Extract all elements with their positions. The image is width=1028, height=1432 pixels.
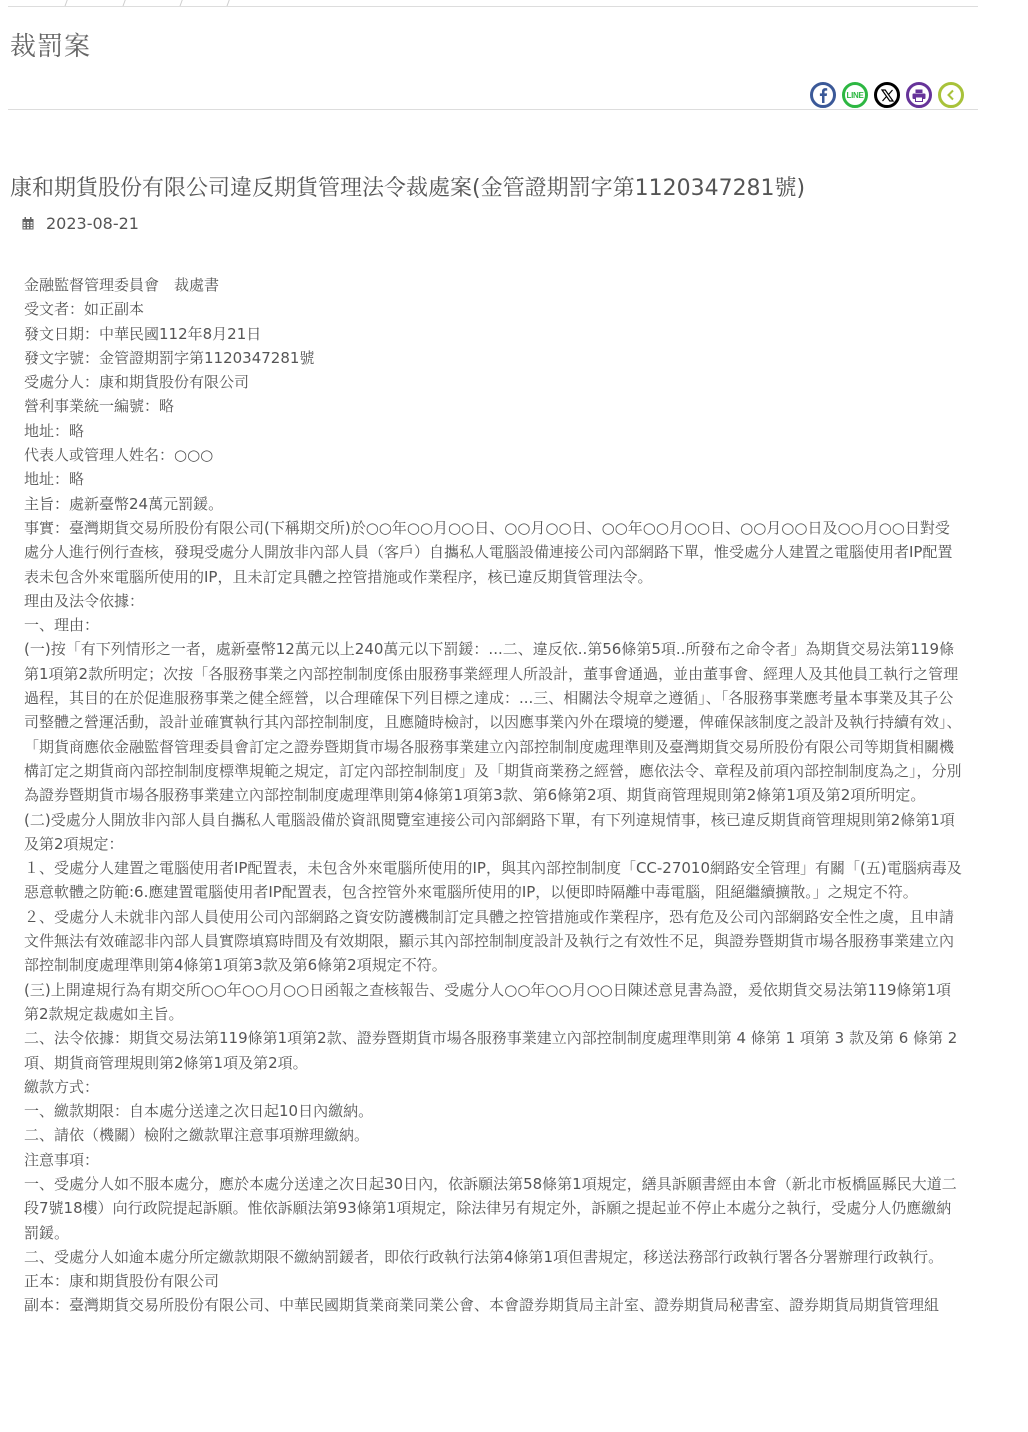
article-body: 金融監督管理委員會 裁處書 受文者：如正副本 發文日期：中華民國112年8月21… [24, 273, 964, 1318]
business-id: 營利事業統一編號：略 [24, 394, 964, 418]
tab-divider [123, 0, 127, 6]
section-title: 裁罰案 [10, 26, 91, 63]
back-button[interactable] [938, 82, 964, 108]
reason-2-item-2: ２、受處分人未就非內部人員使用公司內部網路之資安防護機制訂定具體之控管措施或作業… [24, 905, 964, 978]
line-share-button[interactable]: LINE [842, 82, 868, 108]
date-text: 2023-08-21 [46, 214, 139, 233]
tab-divider [227, 0, 231, 6]
print-button[interactable] [906, 82, 932, 108]
reason-1: (一)按「有下列情形之一者，處新臺幣12萬元以上240萬元以下罰鍰：...二、違… [24, 637, 964, 807]
facebook-share-button[interactable] [810, 82, 836, 108]
original-copy: 正本：康和期貨股份有限公司 [24, 1269, 964, 1293]
carbon-copy: 副本：臺灣期貨交易所股份有限公司、中華民國期貨業商業同業公會、本會證券期貨局主計… [24, 1293, 964, 1317]
calendar-icon [22, 217, 34, 230]
payment-instructions: 二、請依（機關）檢附之繳款單注意事項辦理繳納。 [24, 1123, 964, 1147]
share-icons: LINE [810, 82, 964, 108]
payment-heading: 繳款方式： [24, 1075, 964, 1099]
address: 地址：略 [24, 419, 964, 443]
subject: 主旨：處新臺幣24萬元罰鍰。 [24, 492, 964, 516]
reason-3: (三)上開違規行為有期交所○○年○○月○○日函報之查核報告、受處分人○○年○○月… [24, 978, 964, 1027]
representative-address: 地址：略 [24, 467, 964, 491]
line-icon: LINE [846, 91, 863, 100]
facts: 事實：臺灣期貨交易所股份有限公司(下稱期交所)於○○年○○月○○日、○○月○○日… [24, 516, 964, 589]
print-icon [912, 89, 926, 102]
sanctioned-party: 受處分人：康和期貨股份有限公司 [24, 370, 964, 394]
reasons-subheading: 一、理由： [24, 613, 964, 637]
representative: 代表人或管理人姓名：○○○ [24, 443, 964, 467]
publish-date: 2023-08-21 [22, 214, 139, 233]
reasons-heading: 理由及法令依據： [24, 589, 964, 613]
note-enforcement: 二、受處分人如逾本處分所定繳款期限不繳納罰鍰者，即依行政執行法第4條第1項但書規… [24, 1245, 964, 1269]
article-title: 康和期貨股份有限公司違反期貨管理法令裁處案(金管證期罰字第1120347281號… [10, 171, 805, 202]
chevron-left-icon [946, 89, 956, 101]
payment-deadline: 一、繳款期限：自本處分送達之次日起10日內繳納。 [24, 1099, 964, 1123]
tab-divider [180, 0, 184, 6]
document-number: 發文字號：金管證期罰字第1120347281號 [24, 346, 964, 370]
doc-header: 金融監督管理委員會 裁處書 [24, 273, 964, 297]
top-tab-strip [8, 0, 978, 7]
x-icon [881, 89, 894, 102]
x-share-button[interactable] [874, 82, 900, 108]
reason-2-item-1: １、受處分人建置之電腦使用者IP配置表，未包含外來電腦所使用的IP，與其內部控制… [24, 856, 964, 905]
note-appeal: 一、受處分人如不服本處分，應於本處分送達之次日起30日內，依訴願法第58條第1項… [24, 1172, 964, 1245]
tab-divider [65, 0, 69, 6]
legal-basis: 二、法令依據：期貨交易法第119條第1項第2款、證券暨期貨市場各服務事業建立內部… [24, 1026, 964, 1075]
notes-heading: 注意事項： [24, 1148, 964, 1172]
reason-2: (二)受處分人開放非內部人員自攜私人電腦設備於資訊閱覽室連接公司內部網路下單，有… [24, 808, 964, 857]
issue-date: 發文日期：中華民國112年8月21日 [24, 322, 964, 346]
share-bar: LINE [8, 82, 978, 110]
facebook-icon [816, 87, 830, 103]
recipient: 受文者：如正副本 [24, 297, 964, 321]
